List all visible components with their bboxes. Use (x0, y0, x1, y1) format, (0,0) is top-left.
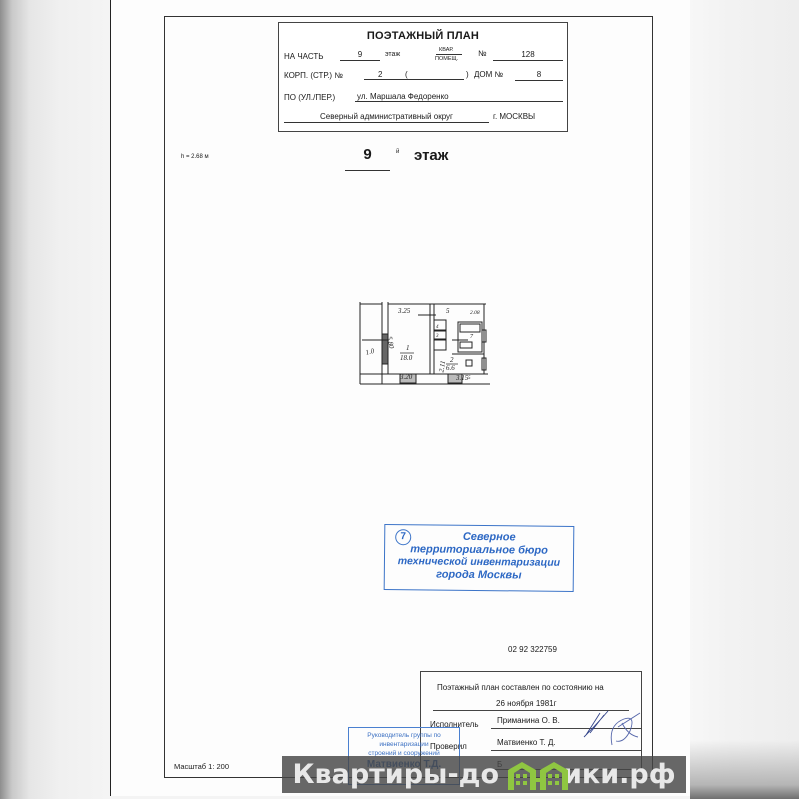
background-shade-bottom (690, 740, 799, 799)
svg-text:7: 7 (470, 334, 474, 340)
document-code: 02 92 322759 (508, 645, 557, 654)
unit-type-top: КВАР. (439, 47, 454, 53)
header-form: ПОЭТАЖНЫЙ ПЛАН НА ЧАСТЬ 9 этаж КВАР. ПОМ… (278, 22, 568, 132)
floor-plan-drawing: 3.25 5 2.08 5.80 1.0 1 18.0 3.20 2.11 2 … (358, 300, 492, 388)
dim-325: 3.25 (397, 307, 411, 315)
svg-text:1: 1 (406, 344, 410, 352)
district-value: Северный административный округ (284, 111, 489, 123)
svg-text:18.0: 18.0 (400, 354, 413, 362)
city-label: г. МОСКВЫ (493, 112, 535, 121)
building-label: КОРП. (СТР.) № (284, 71, 343, 80)
group-stamp-line-1: Руководитель группы по инвентаризации (349, 731, 459, 749)
site-watermark: Квартиры-доики.рф (282, 756, 686, 793)
svg-text:5: 5 (468, 376, 471, 381)
svg-text:4: 4 (436, 325, 439, 330)
bti-office-stamp: 7 Северное территориальное бюро техничес… (384, 524, 575, 592)
svg-text:3: 3 (436, 334, 439, 339)
svg-text:2: 2 (450, 356, 454, 364)
svg-text:3.15: 3.15 (455, 374, 469, 382)
house-value: 8 (515, 69, 563, 81)
svg-text:3.20: 3.20 (399, 373, 413, 381)
watermark-text: Квартиры-доики.рф (282, 756, 686, 793)
street-label: ПО (УЛ./ПЕР.) (284, 93, 335, 102)
status-date: 26 ноября 1981г (496, 699, 557, 708)
background-shade-right (690, 0, 799, 799)
number-value: 128 (493, 49, 563, 61)
building-value: 2( (364, 69, 464, 80)
building-number: 2 (378, 70, 382, 79)
number-label: № (478, 49, 487, 58)
svg-text:6.6: 6.6 (446, 364, 455, 372)
street-value: ул. Маршала Федоренко (355, 91, 563, 102)
unit-type-bottom: ПОМЕЩ. (435, 56, 458, 62)
watermark-text-end: ики.рф (563, 759, 676, 790)
form-title: ПОЭТАЖНЫЙ ПЛАН (279, 30, 567, 42)
checker-underline (491, 750, 641, 751)
house-label: ДОМ № (474, 70, 503, 79)
svg-text:2.08: 2.08 (470, 310, 480, 316)
unit-type-divider (436, 54, 462, 55)
svg-text:1.0: 1.0 (365, 347, 376, 357)
signature-scribbles (578, 705, 648, 750)
floor-number: 9 (345, 146, 390, 171)
stamp-number: 7 (395, 529, 411, 545)
floor-word-label: этаж (385, 51, 400, 58)
executor-name: Приманина О. В. (497, 716, 560, 725)
part-label: НА ЧАСТЬ (284, 52, 323, 61)
status-text: Поэтажный план составлен по состоянию на (437, 683, 604, 692)
floor-word: этаж (414, 147, 448, 164)
house-logo-icon (506, 760, 570, 790)
stamp-line-4: города Москвы (385, 568, 573, 582)
paren-close: ) (466, 70, 469, 79)
checker-name: Матвиенко Т. Д. (497, 738, 556, 747)
floor-suffix: й (396, 149, 399, 155)
stamp-line-3: технической инвентаризации (385, 555, 573, 569)
watermark-text-start: Квартиры-до (292, 759, 499, 790)
part-value: 9 (340, 49, 380, 61)
paren-open: ( (405, 69, 408, 80)
ceiling-height: h = 2.68 м (181, 154, 209, 160)
scale-label: Масштаб 1: 200 (174, 762, 229, 771)
dim-5: 5 (446, 307, 450, 315)
